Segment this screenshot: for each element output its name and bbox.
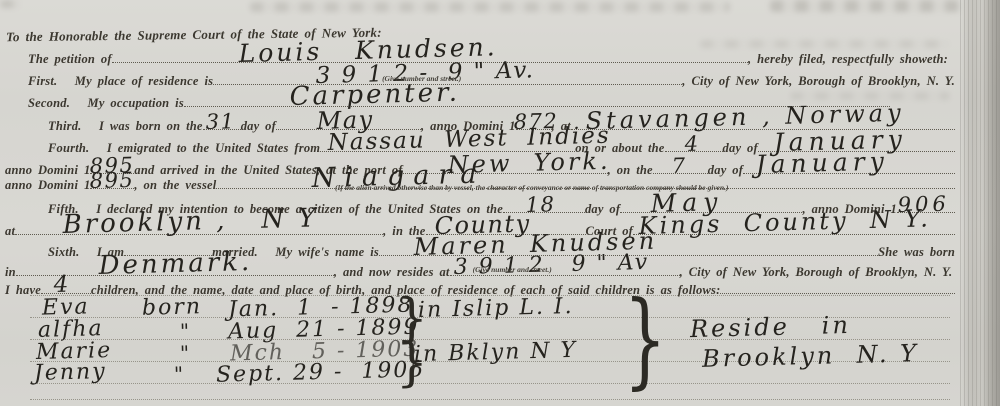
birth-day-of-label: day of (241, 119, 276, 134)
child-ditto-mark: " (174, 364, 184, 384)
child-ditto-mark: " (180, 321, 190, 341)
children-intro-line: I have 4 children, and the name, date an… (5, 281, 955, 296)
child-birthdate: Sept. 29 - 1905 (216, 359, 426, 386)
vessel-year-handwritten: 895 (89, 170, 134, 192)
emigration-day-blank: 4 (665, 139, 723, 152)
wife-address-blank: 3 9 1 2 9 " Av (Give number and street.) (450, 263, 680, 276)
court-name-handwritten: Kings County N Y. (639, 206, 932, 238)
child-birthplace: in Bklyn N Y (414, 340, 578, 366)
wife-in-label: in (5, 265, 16, 280)
declaration-place-blank: Brooklyn , N Y (15, 222, 383, 235)
arrival-month-handwritten: January (755, 149, 889, 177)
children-count-blank: 4 (41, 281, 91, 294)
vessel-year-blank: 895 (90, 176, 134, 189)
residence-suffix: , City of New York, Borough of Brooklyn,… (682, 74, 955, 89)
children-count-handwritten: 4 (53, 274, 70, 297)
reside-note-line2: Brooklyn N. Y (702, 341, 920, 371)
occupation-handwritten: Carpenter. (289, 80, 460, 110)
she-was-born-label: She was born (878, 245, 955, 260)
arrival-day-handwritten: 7 (671, 156, 686, 177)
petition-suffix: , hereby filed, respectfully showeth: (748, 52, 948, 67)
petition-label: The petition of (28, 52, 112, 67)
emigration-day-handwritten: 4 (684, 134, 699, 155)
wife-resides-label: , and now resides at (334, 265, 450, 280)
give-number-street-note-2: (Give number and street.) (473, 265, 552, 274)
residence-line: First. My place of residence is 3 9 1 2 … (28, 72, 955, 87)
declaration-day-of-label: day of (585, 202, 620, 217)
petition-for-naturalization-document: To the Honorable the Supreme Court of th… (0, 0, 1000, 406)
page-binding-edge (960, 0, 1000, 406)
birth-day-handwritten: 31 (206, 111, 236, 133)
children-intro-trailing-blank (720, 281, 955, 294)
bleed-through-smudge (0, 0, 20, 8)
residence-label: First. My place of residence is (28, 74, 213, 89)
child-ditto-mark: " (180, 343, 190, 363)
bleed-through-smudge (700, 40, 950, 48)
emigration-day-of-label: day of (723, 141, 758, 156)
child-born-label: born (142, 296, 203, 320)
court-name-blank: Kings County N Y. (633, 222, 955, 235)
brace-children-3-4: } (396, 336, 428, 389)
vessel-anno-label: anno Domini 1 (5, 178, 90, 193)
child-birthplace: in Islip L. I. (418, 296, 574, 322)
declaration-at-label: at (5, 224, 15, 239)
wife-residence-suffix: , City of New York, Borough of Brooklyn,… (680, 265, 953, 280)
wife-residence-line: in Denmark. , and now resides at 3 9 1 2… (5, 263, 958, 278)
bleed-through-smudge (250, 2, 730, 12)
declaration-place-handwritten: Brooklyn , N Y (62, 205, 318, 238)
ledger-rule (30, 399, 950, 400)
birth-label: Third. I was born on the (48, 119, 203, 134)
wife-country-handwritten: Denmark. (98, 249, 252, 279)
bleed-through-smudge (770, 0, 960, 12)
ledger-rule (30, 383, 950, 384)
child-name: Jenny (34, 361, 107, 385)
birth-day-blank: 31 (203, 117, 241, 130)
occupation-label: Second. My occupation is (28, 96, 184, 111)
arrival-day-blank: 7 (653, 161, 708, 174)
reside-note-line1: Reside in (690, 313, 851, 341)
brace-reside: } (624, 287, 667, 391)
arrival-month-blank: January (743, 161, 955, 174)
vessel-label: , on the vessel (134, 178, 216, 193)
